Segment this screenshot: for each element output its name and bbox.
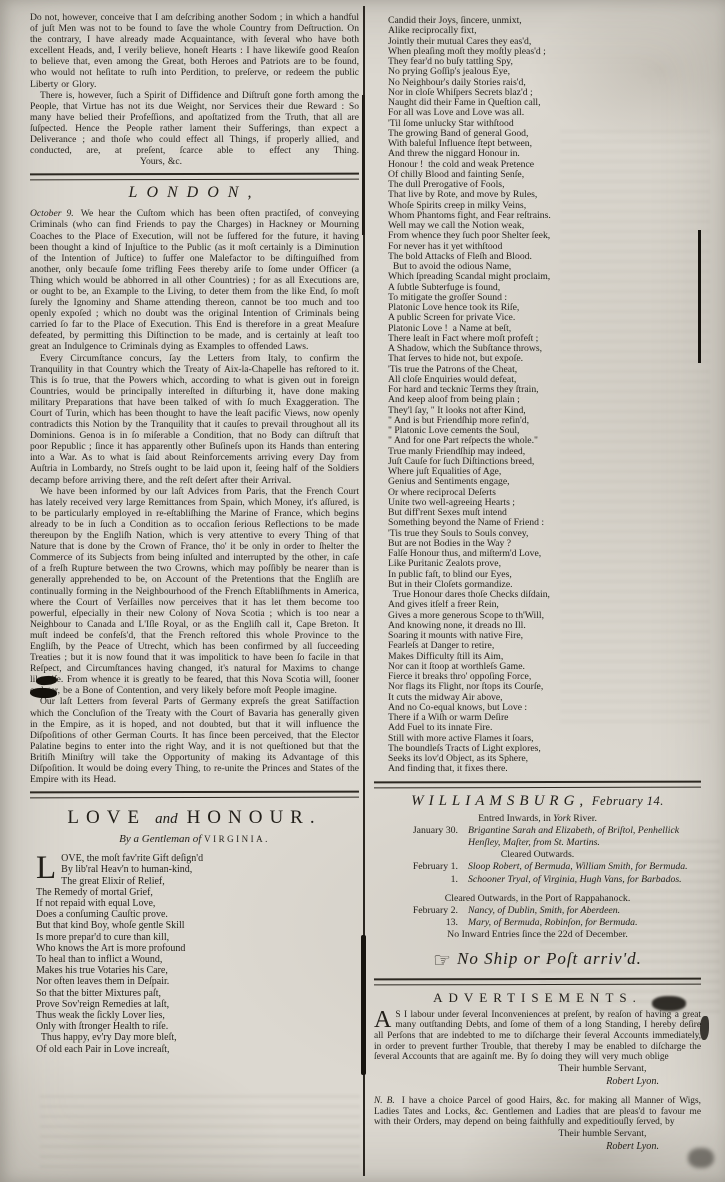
ad-dropcap: A: [374, 1010, 395, 1030]
poem-line: Of old each Pair in Love increaſt,: [36, 1044, 359, 1055]
column-divider-rule-heavy: [362, 95, 365, 235]
poem-line: Is more prepar'd to cure than kill,: [36, 932, 359, 943]
showthrough-stain: [40, 1090, 360, 1175]
love-honour-title: LOVEandHONOUR.: [30, 807, 359, 829]
river-name: York: [553, 813, 571, 824]
ink-blot: [688, 1148, 714, 1168]
shipping-entry: 1.Schooner Tryal, of Virginia, Hugh Vans…: [374, 874, 701, 886]
poem-line: For all was Love and Love was all.: [388, 108, 701, 118]
entry-text: Schooner Tryal, of Virginia, Hugh Vans, …: [468, 874, 682, 886]
poem-line: Prove Sov'reign Remedies at laſt,: [36, 999, 359, 1010]
entry-text: Sloop Robert, of Bermuda, William Smith,…: [468, 861, 688, 873]
poem-dropcap: L: [36, 853, 61, 881]
section-rule: [30, 173, 359, 181]
poem-line: Nor flags its Flight, nor ſtops its Cour…: [388, 682, 701, 692]
entry-date: 13.: [374, 917, 468, 929]
poem-line: That live by Rote, and move by Rules,: [388, 190, 701, 200]
poem-lines: OVE, the moſt fav'rite Gift deſign'dBy l…: [36, 853, 359, 1055]
ad-servant-line: Their humble Servant,: [374, 1128, 701, 1140]
no-inward-line: No Inward Entries ſince the 22d of Decem…: [374, 929, 701, 941]
entry-date: 1.: [374, 874, 468, 886]
entered-inwards-line: Entred Inwards, in York River.: [374, 813, 701, 825]
newspaper-page: Do not, however, conceive that I am deſc…: [0, 0, 725, 1182]
ink-blot: [700, 1016, 709, 1040]
news-text: We hear the Cuſtom which has been often …: [30, 208, 359, 352]
poem-line: Alike reciprocally fixt,: [388, 26, 701, 36]
entry-date: February 1.: [374, 861, 468, 873]
section-rule: [30, 791, 359, 799]
poem-line: Fearleſs at Danger to retire,: [388, 641, 701, 651]
letter-signature: Yours, &c.: [140, 156, 182, 167]
news-paragraph: Every Circumſtance concurs, ſay the Lett…: [30, 353, 359, 486]
entry-date: February 2.: [374, 905, 468, 917]
poem-line: And keep aloof from being plain ;: [388, 395, 701, 405]
left-column: Do not, however, conceive that I am deſc…: [30, 0, 359, 1055]
poem-line: So that the bitter Mixtures paſt,: [36, 988, 359, 999]
ad-paragraph: N. B.I have a choice Parcel of good Hair…: [374, 1096, 701, 1128]
byline-place: Virginia.: [204, 834, 270, 844]
section-rule: [374, 780, 701, 788]
entry-text: Mary, of Bermuda, Robinſon, for Bermuda.: [468, 917, 638, 929]
poem-line: The Remedy of mortal Grief,: [36, 887, 359, 898]
poem-line: OVE, the moſt fav'rite Gift deſign'd: [36, 853, 359, 864]
entry-date: January 30.: [374, 825, 468, 849]
shipping-entry: 13.Mary, of Bermuda, Robinſon, for Bermu…: [374, 917, 701, 929]
manicule-icon: ☞: [433, 948, 451, 972]
column-divider-rule-heavy: [361, 935, 366, 1075]
poem-line: " And for one Part reſpects the whole.": [388, 436, 701, 446]
poem-line: That ſerves to hide not, but expoſe.: [388, 354, 701, 364]
ad-signature: Robert Lyon.: [374, 1140, 701, 1153]
poem-line: Genius and Sentiments engage,: [388, 477, 701, 487]
poem-byline: By a Gentleman of Virginia.: [30, 833, 359, 845]
title-word: LOVE: [67, 807, 146, 828]
poem-line: Does a conſuming Cauſtic prove.: [36, 909, 359, 920]
poem-line: And finding that, it fixes there.: [388, 764, 701, 774]
news-paragraph: Our laſt Letters from ſeveral Parts of G…: [30, 696, 359, 785]
ink-blot: [30, 688, 57, 699]
ink-blot: [652, 996, 686, 1011]
poem-line: Like Puritanic Zealots prove,: [388, 559, 701, 569]
ad-servant-line: Their humble Servant,: [374, 1063, 701, 1075]
poem-line: And gives itſelf a freer Rein,: [388, 600, 701, 610]
poem-line: Something beyond the Name of Friend :: [388, 518, 701, 528]
entry-text: Nancy, of Dublin, Smith, for Aberdeen.: [468, 905, 620, 917]
love-honour-poem: L OVE, the moſt fav'rite Gift deſign'dBy…: [30, 853, 359, 1055]
dateline-place: WILLIAMSBURG,: [411, 793, 588, 809]
news-paragraph: October 9.We hear the Cuſtom which has b…: [30, 208, 359, 352]
poem-line: If not repaid with equal Love,: [36, 898, 359, 909]
poem-line: Thus weak the ſickly Lover lies,: [36, 1010, 359, 1021]
ad-text: S I labour under ſeveral Inconveniences …: [374, 1010, 701, 1063]
poem-line: Which ſpreading Scandal might proclaim,: [388, 272, 701, 282]
no-ship-notice: ☞No Ship or Poſt arriv'd.: [374, 948, 701, 972]
poem-continuation: Candid their Joys, ſincere, unmixt,Alike…: [374, 0, 701, 775]
ad-signature: Robert Lyon.: [374, 1075, 701, 1088]
letter-paragraph: Do not, however, conceive that I am deſc…: [30, 12, 359, 90]
poem-line: Only with ſtronger Health to riſe.: [36, 1021, 359, 1032]
poem-line: Thus happy, ev'ry Day more bleſt,: [36, 1032, 359, 1043]
poem-line: A public Screen for private Vice.: [388, 313, 701, 323]
poem-line: But that kind Boy, whoſe gentle Skill: [36, 920, 359, 931]
title-word: and: [155, 811, 178, 827]
section-rule: [374, 977, 701, 985]
poem-line: Who knows the Art is more profound: [36, 943, 359, 954]
shipping-entry: February 2.Nancy, of Dublin, Smith, for …: [374, 905, 701, 917]
poem-line: Makes his true Votaries his Care,: [36, 965, 359, 976]
cleared-outwards-line: Cleared Outwards.: [374, 849, 701, 861]
poem-line: Nor often leaves them in Deſpair.: [36, 976, 359, 987]
poem-line: By lib'ral Heav'n to human-kind,: [36, 864, 359, 875]
letter-text: There is, however, ſuch a Spirit of Diff…: [30, 90, 359, 156]
ad-paragraph: AS I labour under ſeveral Inconveniences…: [374, 1010, 701, 1064]
poem-line: To heal than to inflict a Wound,: [36, 954, 359, 965]
letter-paragraph: There is, however, ſuch a Spirit of Diff…: [30, 90, 359, 168]
title-word: HONOUR.: [187, 807, 322, 828]
nb-lead: N. B.: [374, 1096, 395, 1106]
poem-line: And threw the niggard Honour in.: [388, 149, 701, 159]
london-dateline: October 9.: [30, 208, 74, 219]
cleared-outwards-line: Cleared Outwards, in the Port of Rappaha…: [374, 893, 701, 905]
right-column: Candid their Joys, ſincere, unmixt,Alike…: [374, 0, 701, 1157]
london-heading: LONDON,: [30, 184, 359, 202]
poem-line: The great Elixir of Relief,: [36, 876, 359, 887]
poem-line: Add Fuel to its innate Fire.: [388, 723, 701, 733]
ad-text: I have a choice Parcel of good Hairs, &c…: [374, 1096, 701, 1127]
shipping-entry: February 1.Sloop Robert, of Bermuda, Wil…: [374, 861, 701, 873]
entry-text: Brigantine Sarah and Elizabeth, of Briſt…: [468, 825, 701, 849]
dateline-date: February 14.: [592, 794, 664, 808]
no-ship-text: No Ship or Poſt arriv'd.: [457, 949, 642, 968]
williamsburg-heading: WILLIAMSBURG, February 14.: [374, 793, 701, 810]
poem-line: No prying Goſſip's jealous Eye,: [388, 67, 701, 77]
byline-text: By a Gentleman of: [119, 833, 201, 845]
news-paragraph: We have been informed by our laſt Advice…: [30, 486, 359, 697]
poem-line: From whence they ſuch poor Shelter ſeek,: [388, 231, 701, 241]
shipping-entry: January 30.Brigantine Sarah and Elizabet…: [374, 825, 701, 849]
